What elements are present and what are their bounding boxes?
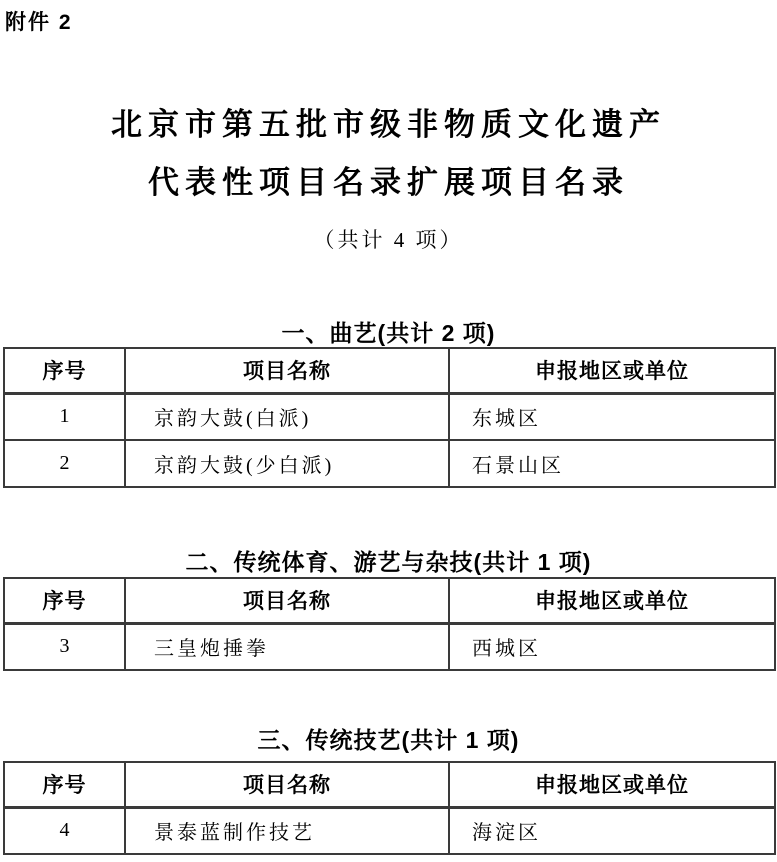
- table-row: 2 京韵大鼓(少白派) 石景山区: [4, 440, 775, 487]
- heritage-table-quyi: 序号 项目名称 申报地区或单位 1 京韵大鼓(白派) 东城区 2 京韵大鼓(少白…: [3, 347, 776, 488]
- table-header-row: 序号 项目名称 申报地区或单位: [4, 348, 775, 393]
- section-heading-traditional-craft: 三、传统技艺(共计 1 项): [0, 722, 777, 755]
- col-header-serial-number: 序号: [4, 348, 125, 393]
- row-project-name: 三皇炮捶拳: [125, 623, 449, 670]
- row-serial-number: 1: [4, 393, 125, 440]
- row-serial-number: 2: [4, 440, 125, 487]
- col-header-declaring-unit: 申报地区或单位: [449, 348, 775, 393]
- document-title: 北京市第五批市级非物质文化遗产 代表性项目名录扩展项目名录: [0, 96, 777, 212]
- row-declaring-unit: 东城区: [449, 393, 775, 440]
- table-row: 1 京韵大鼓(白派) 东城区: [4, 393, 775, 440]
- col-header-serial-number: 序号: [4, 762, 125, 807]
- col-header-declaring-unit: 申报地区或单位: [449, 578, 775, 623]
- document-subtitle-total-count: （共计 4 项）: [0, 224, 777, 254]
- col-header-project-name: 项目名称: [125, 578, 449, 623]
- col-header-serial-number: 序号: [4, 578, 125, 623]
- document-title-line2: 代表性项目名录扩展项目名录: [0, 154, 777, 212]
- row-project-name: 景泰蓝制作技艺: [125, 807, 449, 854]
- table-row: 4 景泰蓝制作技艺 海淀区: [4, 807, 775, 854]
- col-header-project-name: 项目名称: [125, 762, 449, 807]
- document-page: 附件 2 北京市第五批市级非物质文化遗产 代表性项目名录扩展项目名录 （共计 4…: [0, 0, 777, 862]
- row-declaring-unit: 西城区: [449, 623, 775, 670]
- col-header-project-name: 项目名称: [125, 348, 449, 393]
- row-project-name: 京韵大鼓(少白派): [125, 440, 449, 487]
- col-header-declaring-unit: 申报地区或单位: [449, 762, 775, 807]
- section-heading-quyi: 一、曲艺(共计 2 项): [0, 315, 777, 348]
- table-header-row: 序号 项目名称 申报地区或单位: [4, 762, 775, 807]
- table-header-row: 序号 项目名称 申报地区或单位: [4, 578, 775, 623]
- heritage-table-traditional-sports: 序号 项目名称 申报地区或单位 3 三皇炮捶拳 西城区: [3, 577, 776, 671]
- attachment-label: 附件 2: [5, 6, 73, 36]
- table-row: 3 三皇炮捶拳 西城区: [4, 623, 775, 670]
- row-serial-number: 3: [4, 623, 125, 670]
- document-title-line1: 北京市第五批市级非物质文化遗产: [0, 96, 777, 154]
- heritage-table-traditional-craft: 序号 项目名称 申报地区或单位 4 景泰蓝制作技艺 海淀区: [3, 761, 776, 855]
- row-serial-number: 4: [4, 807, 125, 854]
- section-heading-traditional-sports: 二、传统体育、游艺与杂技(共计 1 项): [0, 544, 777, 577]
- row-declaring-unit: 海淀区: [449, 807, 775, 854]
- row-declaring-unit: 石景山区: [449, 440, 775, 487]
- row-project-name: 京韵大鼓(白派): [125, 393, 449, 440]
